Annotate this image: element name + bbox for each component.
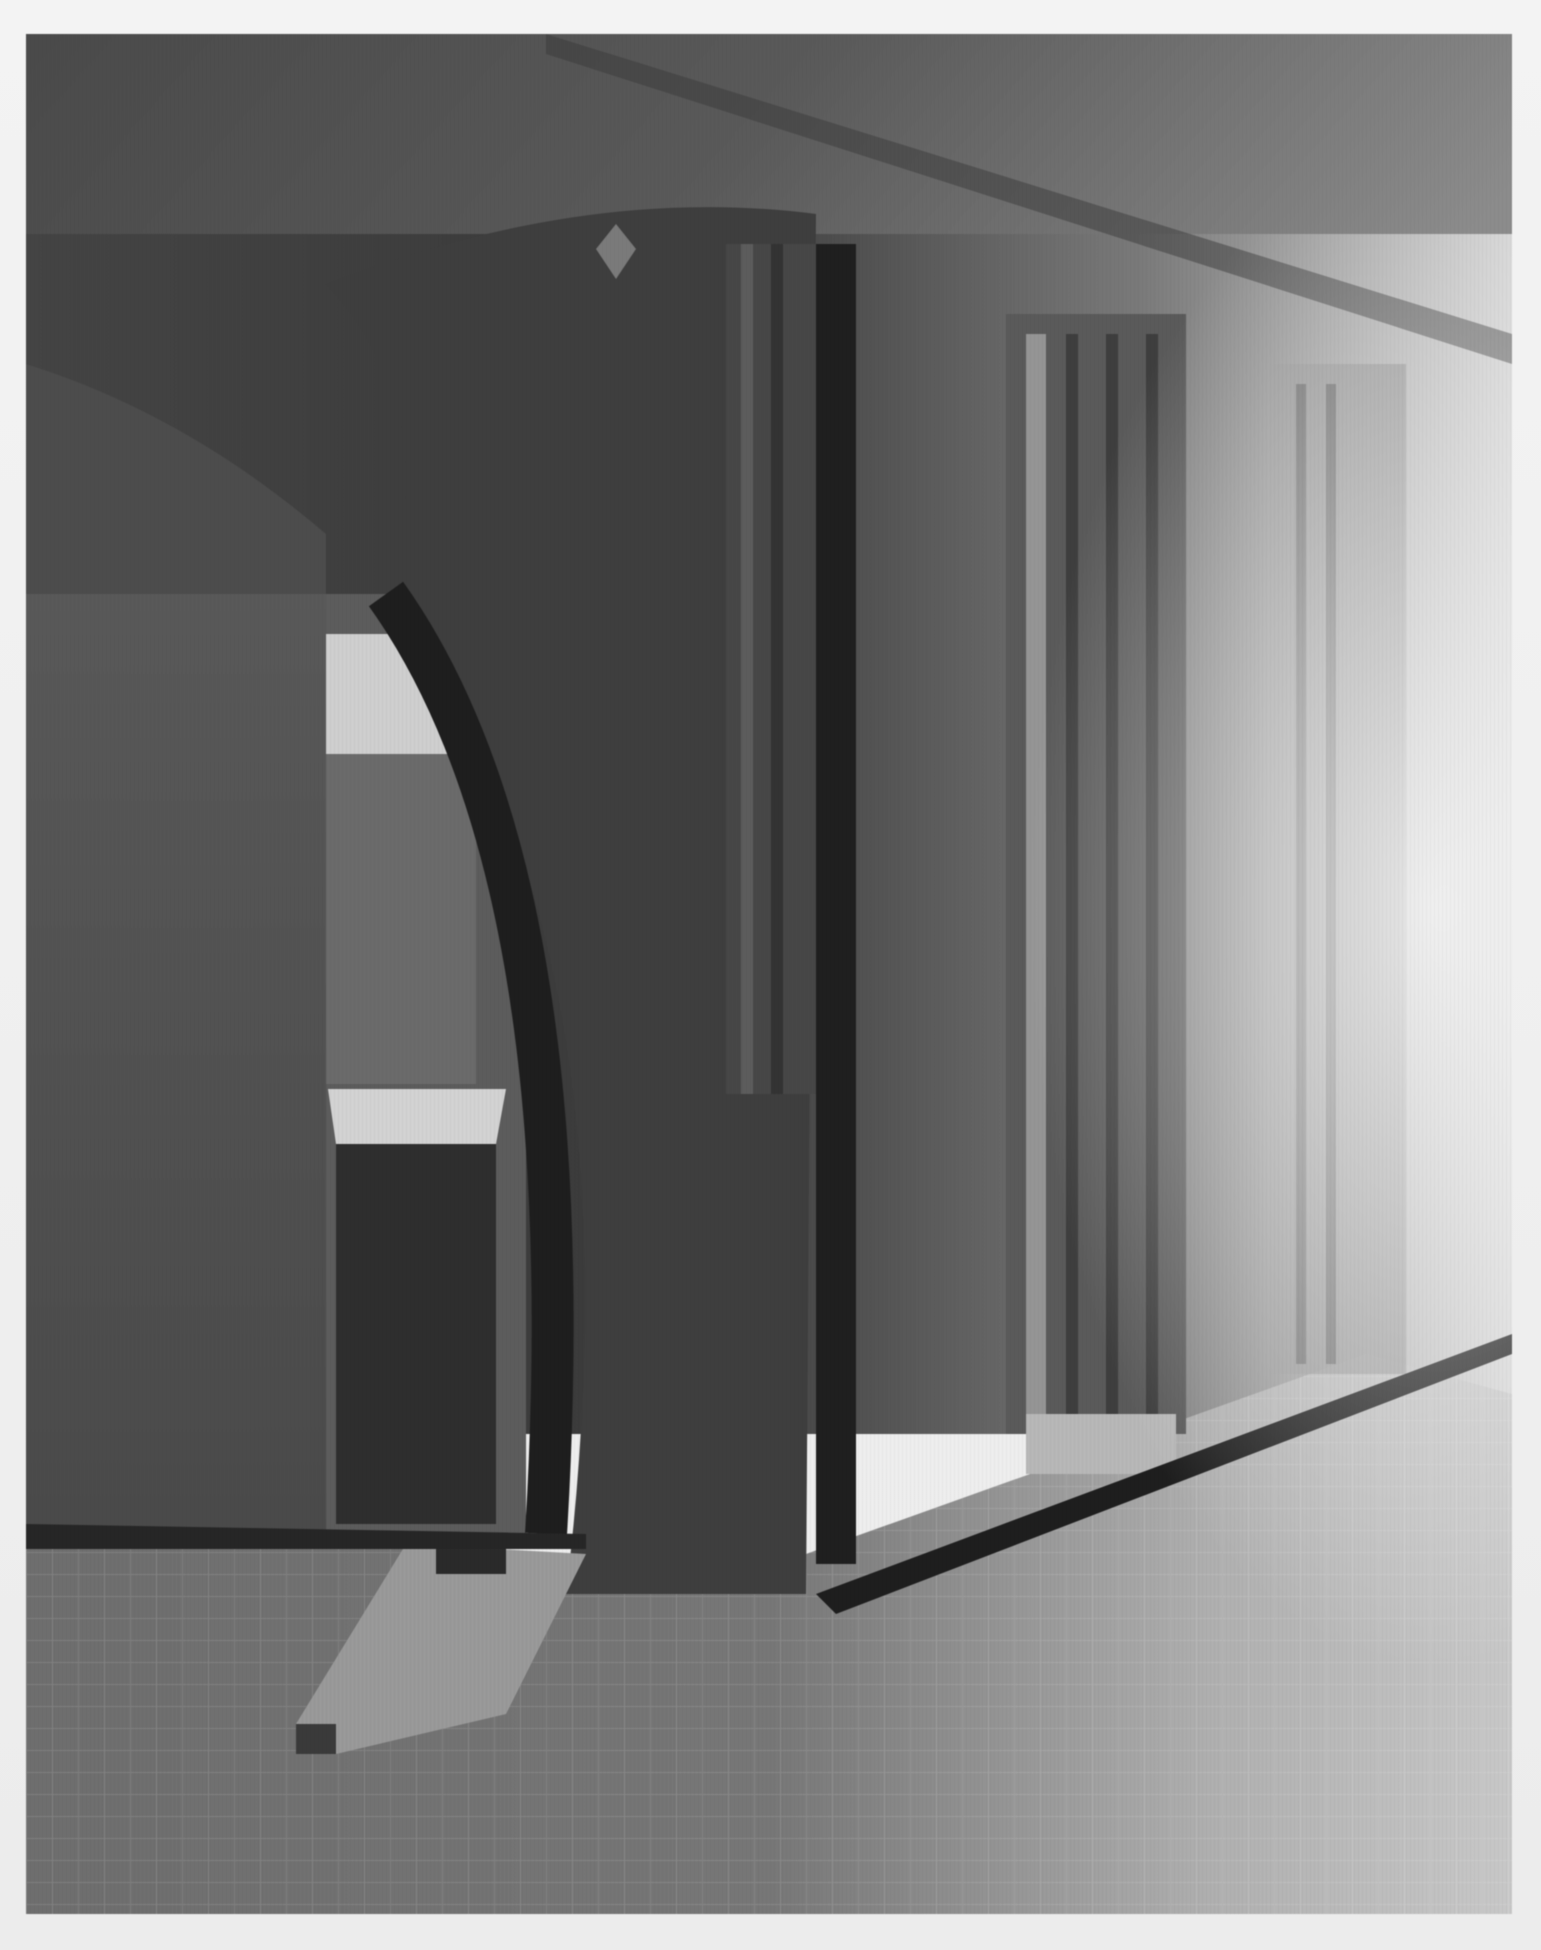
left-wall [26,534,326,1544]
paper-sheet [0,0,1541,1950]
interior-scene [26,34,1512,1914]
wash-basin [328,1089,506,1144]
interior-artwork [26,34,1512,1914]
